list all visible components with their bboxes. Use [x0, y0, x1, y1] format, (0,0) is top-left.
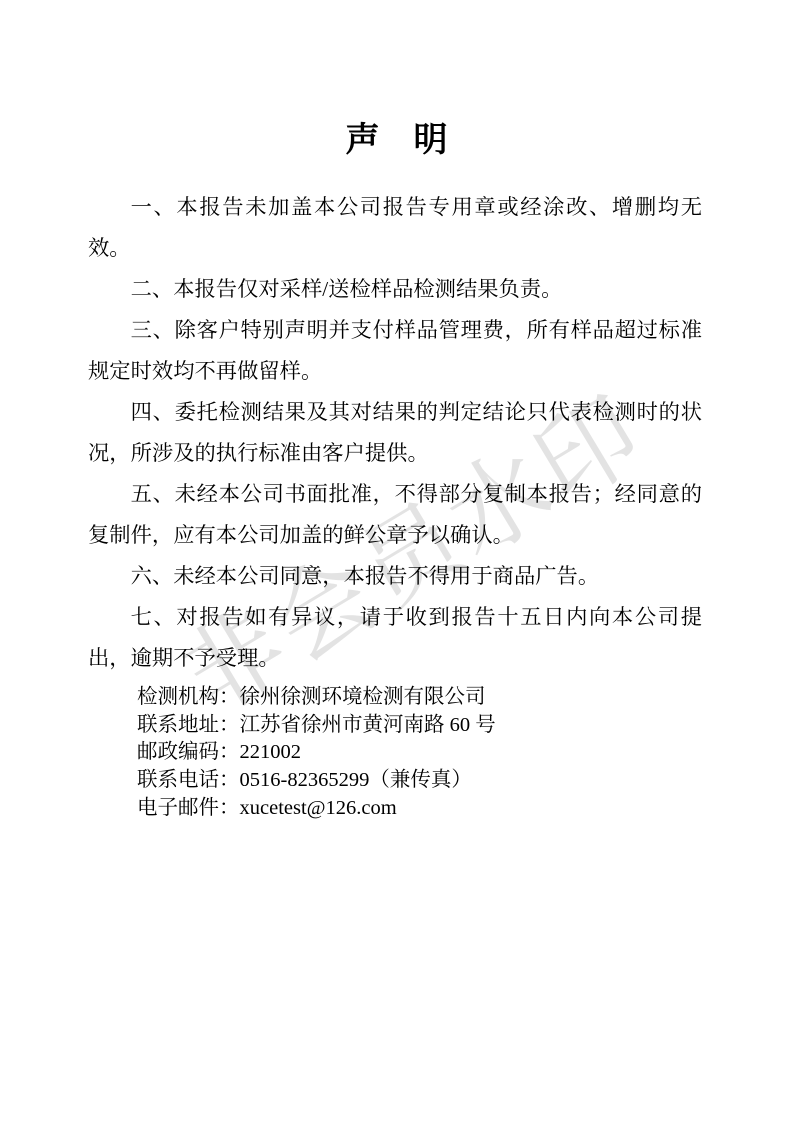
contact-email-label: 电子邮件：: [137, 797, 240, 819]
statement-list: 一、本报告未加盖本公司报告专用章或经涂改、增删均无效。 二、本报告仅对采样/送检…: [88, 187, 702, 679]
contact-phone: 联系电话：0516-82365299（兼传真）: [137, 767, 496, 795]
contact-block: 检测机构：徐州徐测环境检测有限公司 联系地址：江苏省徐州市黄河南路 60 号 邮…: [137, 684, 496, 823]
document-page: 非会员水印 声 明 一、本报告未加盖本公司报告专用章或经涂改、增删均无效。 二、…: [0, 0, 793, 1122]
contact-address-value: 江苏省徐州市黄河南路 60 号: [240, 714, 496, 736]
statement-item-1: 一、本报告未加盖本公司报告专用章或经涂改、增删均无效。: [88, 187, 702, 269]
contact-postcode-label: 邮政编码：: [137, 741, 240, 763]
statement-item-5: 五、未经本公司书面批准，不得部分复制本报告；经同意的复制件，应有本公司加盖的鲜公…: [88, 474, 702, 556]
contact-postcode-value: 221002: [240, 741, 302, 763]
contact-email: 电子邮件：xucetest@126.com: [137, 795, 496, 823]
contact-phone-value: 0516-82365299（兼传真）: [240, 769, 472, 791]
statement-item-7: 七、对报告如有异议，请于收到报告十五日内向本公司提出，逾期不予受理。: [88, 597, 702, 679]
statement-item-4: 四、委托检测结果及其对结果的判定结论只代表检测时的状况，所涉及的执行标准由客户提…: [88, 392, 702, 474]
statement-item-3: 三、除客户特别声明并支付样品管理费，所有样品超过标准规定时效均不再做留样。: [88, 310, 702, 392]
contact-address-label: 联系地址：: [137, 714, 240, 736]
contact-phone-label: 联系电话：: [137, 769, 240, 791]
contact-agency-value: 徐州徐测环境检测有限公司: [240, 686, 486, 708]
page-title: 声 明: [0, 112, 793, 161]
contact-agency: 检测机构：徐州徐测环境检测有限公司: [137, 684, 496, 712]
contact-address: 联系地址：江苏省徐州市黄河南路 60 号: [137, 712, 496, 740]
contact-email-value: xucetest@126.com: [240, 797, 397, 819]
statement-item-6: 六、未经本公司同意，本报告不得用于商品广告。: [88, 556, 702, 597]
contact-postcode: 邮政编码：221002: [137, 739, 496, 767]
contact-agency-label: 检测机构：: [137, 686, 240, 708]
statement-item-2: 二、本报告仅对采样/送检样品检测结果负责。: [88, 269, 702, 310]
